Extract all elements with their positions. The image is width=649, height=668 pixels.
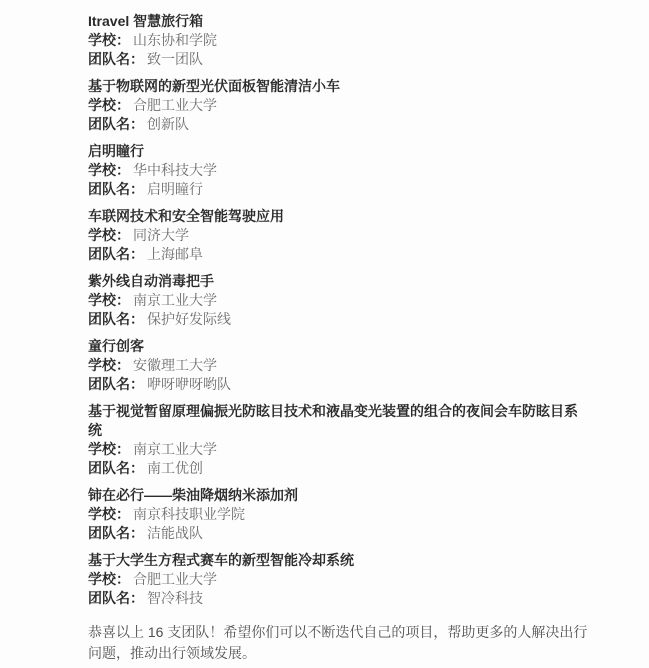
team-line: 团队名：咿呀咿呀哟队 [88,375,590,394]
team-line: 团队名：南工优创 [88,459,590,478]
team-list-document: Itravel 智慧旅行箱 学校：山东协和学院 团队名：致一团队 基于物联网的新… [0,0,649,668]
team-line: 团队名：保护好发际线 [88,310,590,329]
project-title: 铈在必行——柴油降烟纳米添加剂 [88,486,590,505]
school-value: 南京科技职业学院 [130,506,245,522]
project-title: 启明瞳行 [88,142,590,161]
school-value: 合肥工业大学 [130,571,217,587]
school-label: 学校： [88,441,130,457]
school-line: 学校：合肥工业大学 [88,96,590,115]
school-label: 学校： [88,97,130,113]
team-label: 团队名： [88,311,144,327]
team-line: 团队名：致一团队 [88,50,590,69]
school-line: 学校：南京工业大学 [88,440,590,459]
team-entry: 基于视觉暂留原理偏振光防眩目技术和液晶变光装置的组合的夜间会车防眩目系统 学校：… [88,402,590,478]
school-value: 安徽理工大学 [130,357,217,373]
school-label: 学校： [88,571,130,587]
team-label: 团队名： [88,51,144,67]
team-label: 团队名： [88,590,144,606]
school-line: 学校：南京工业大学 [88,291,590,310]
school-line: 学校：华中科技大学 [88,161,590,180]
school-label: 学校： [88,357,130,373]
school-label: 学校： [88,32,130,48]
school-value: 同济大学 [130,227,189,243]
school-label: 学校： [88,162,130,178]
project-title: 基于物联网的新型光伏面板智能清洁小车 [88,77,590,96]
team-entry: 铈在必行——柴油降烟纳米添加剂 学校：南京科技职业学院 团队名：洁能战队 [88,486,590,543]
team-value: 洁能战队 [144,525,203,541]
team-entry: 基于物联网的新型光伏面板智能清洁小车 学校：合肥工业大学 团队名：创新队 [88,77,590,134]
team-label: 团队名： [88,181,144,197]
project-title: 紫外线自动消毒把手 [88,272,590,291]
team-value: 创新队 [144,116,189,132]
team-line: 团队名：启明瞳行 [88,180,590,199]
team-entry: 启明瞳行 学校：华中科技大学 团队名：启明瞳行 [88,142,590,199]
project-title: 车联网技术和安全智能驾驶应用 [88,207,590,226]
school-line: 学校：安徽理工大学 [88,356,590,375]
team-value: 智冷科技 [144,590,203,606]
school-label: 学校： [88,292,130,308]
school-value: 合肥工业大学 [130,97,217,113]
team-line: 团队名：智冷科技 [88,589,590,608]
school-line: 学校：同济大学 [88,226,590,245]
project-title: 童行创客 [88,337,590,356]
team-entry: 车联网技术和安全智能驾驶应用 学校：同济大学 团队名：上海邮阜 [88,207,590,264]
team-label: 团队名： [88,460,144,476]
team-value: 致一团队 [144,51,203,67]
team-label: 团队名： [88,376,144,392]
project-title: 基于视觉暂留原理偏振光防眩目技术和液晶变光装置的组合的夜间会车防眩目系统 [88,402,590,440]
team-line: 团队名：创新队 [88,115,590,134]
team-label: 团队名： [88,116,144,132]
school-value: 南京工业大学 [130,441,217,457]
team-entry: Itravel 智慧旅行箱 学校：山东协和学院 团队名：致一团队 [88,12,590,69]
team-value: 咿呀咿呀哟队 [144,376,231,392]
team-line: 团队名：洁能战队 [88,524,590,543]
school-label: 学校： [88,227,130,243]
school-label: 学校： [88,506,130,522]
school-line: 学校：南京科技职业学院 [88,505,590,524]
school-value: 华中科技大学 [130,162,217,178]
team-entry: 童行创客 学校：安徽理工大学 团队名：咿呀咿呀哟队 [88,337,590,394]
congratulations-paragraph: 恭喜以上 16 支团队！希望你们可以不断迭代自己的项目，帮助更多的人解决出行问题… [88,622,590,664]
team-label: 团队名： [88,525,144,541]
team-value: 启明瞳行 [144,181,203,197]
team-entry: 基于大学生方程式赛车的新型智能冷却系统 学校：合肥工业大学 团队名：智冷科技 [88,551,590,608]
team-value: 保护好发际线 [144,311,231,327]
project-title: 基于大学生方程式赛车的新型智能冷却系统 [88,551,590,570]
team-label: 团队名： [88,246,144,262]
school-line: 学校：合肥工业大学 [88,570,590,589]
school-line: 学校：山东协和学院 [88,31,590,50]
team-value: 上海邮阜 [144,246,203,262]
team-line: 团队名：上海邮阜 [88,245,590,264]
team-entry: 紫外线自动消毒把手 学校：南京工业大学 团队名：保护好发际线 [88,272,590,329]
team-value: 南工优创 [144,460,203,476]
school-value: 山东协和学院 [130,32,217,48]
school-value: 南京工业大学 [130,292,217,308]
project-title: Itravel 智慧旅行箱 [88,12,590,31]
